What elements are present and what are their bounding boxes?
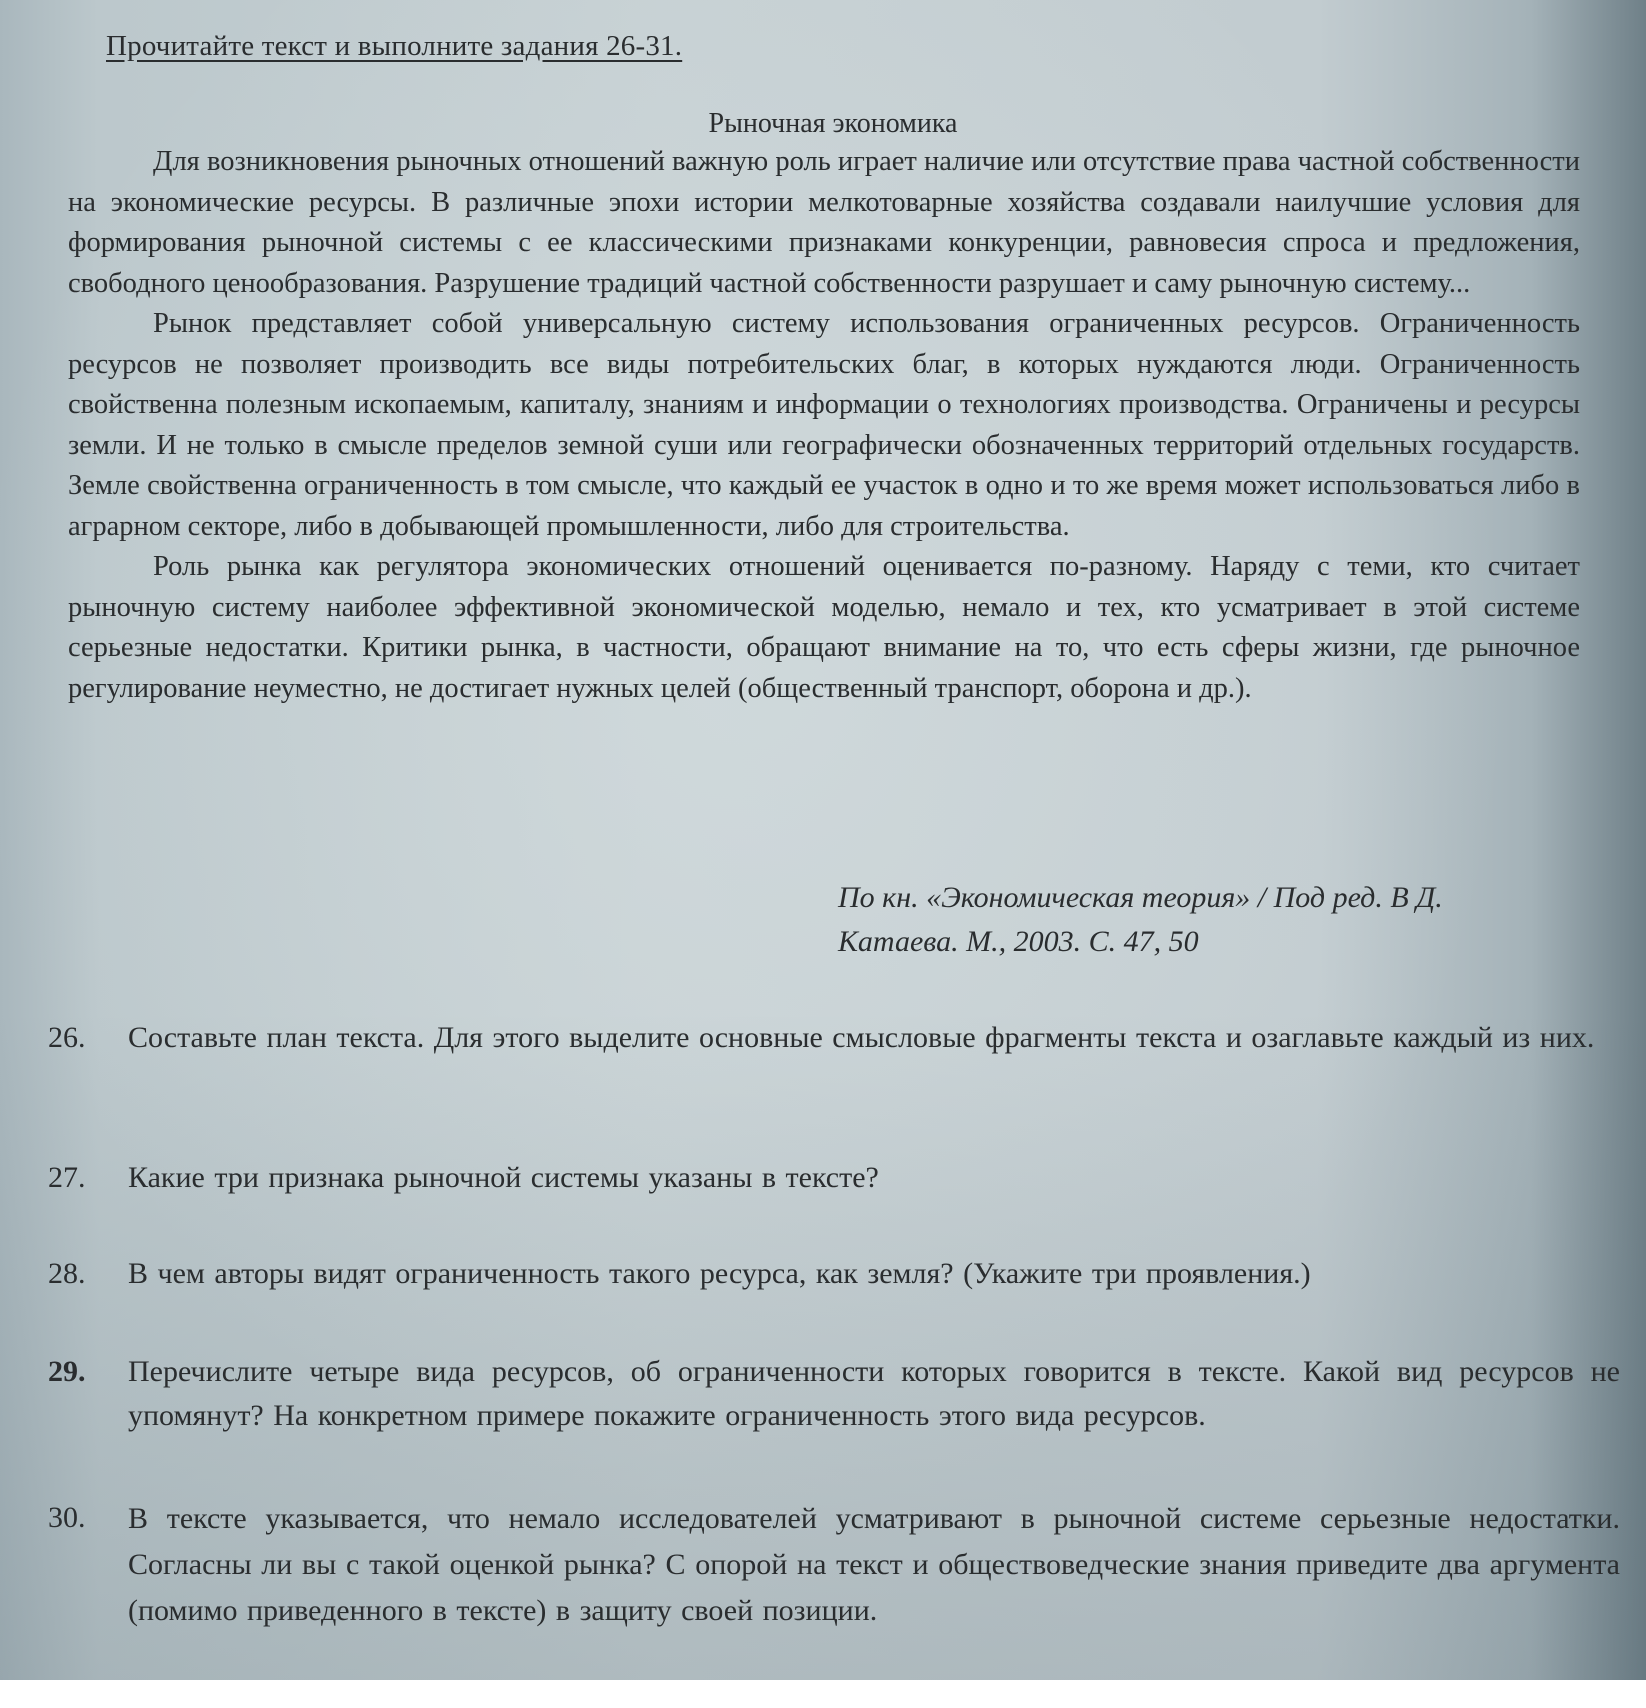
task-text: Какие три признака рыночной системы указ… <box>128 1156 1620 1200</box>
task-number: 26. <box>40 1016 128 1060</box>
passage-title: Рыночная экономика <box>0 108 1646 140</box>
worksheet-page: Прочитайте текст и выполните задания 26-… <box>0 0 1646 1680</box>
task-item-26: 26. Составьте план текста. Для этого выд… <box>40 1016 1620 1060</box>
task-text: Перечислите четыре вида ресурсов, об огр… <box>128 1350 1620 1438</box>
passage-paragraph-1: Для возникновения рыночных отношений важ… <box>68 142 1580 304</box>
passage-body: Для возникновения рыночных отношений важ… <box>68 142 1580 709</box>
task-number: 27. <box>40 1156 128 1200</box>
source-line-1: По кн. «Экономическая теория» / Под ред.… <box>838 876 1590 920</box>
task-text: Составьте план текста. Для этого выделит… <box>128 1016 1620 1060</box>
task-item-29: 29. Перечислите четыре вида ресурсов, об… <box>40 1350 1620 1438</box>
task-item-27: 27. Какие три признака рыночной системы … <box>40 1156 1620 1200</box>
task-text: В тексте указывается, что немало исследо… <box>128 1496 1620 1634</box>
source-line-2: Катаева. М., 2003. С. 47, 50 <box>838 920 1590 964</box>
task-item-28: 28. В чем авторы видят ограниченность та… <box>40 1252 1620 1296</box>
passage-source-citation: По кн. «Экономическая теория» / Под ред.… <box>838 876 1590 964</box>
task-number: 28. <box>40 1252 128 1296</box>
passage-paragraph-2: Рынок представляет собой универсальную с… <box>68 304 1580 547</box>
instruction-heading: Прочитайте текст и выполните задания 26-… <box>106 30 682 63</box>
task-text: В чем авторы видят ограниченность такого… <box>128 1252 1620 1296</box>
task-item-30: 30. В тексте указывается, что немало исс… <box>40 1496 1620 1634</box>
task-number: 30. <box>40 1496 128 1634</box>
passage-paragraph-3: Роль рынка как регулятора экономических … <box>68 547 1580 709</box>
task-number: 29. <box>40 1350 128 1438</box>
